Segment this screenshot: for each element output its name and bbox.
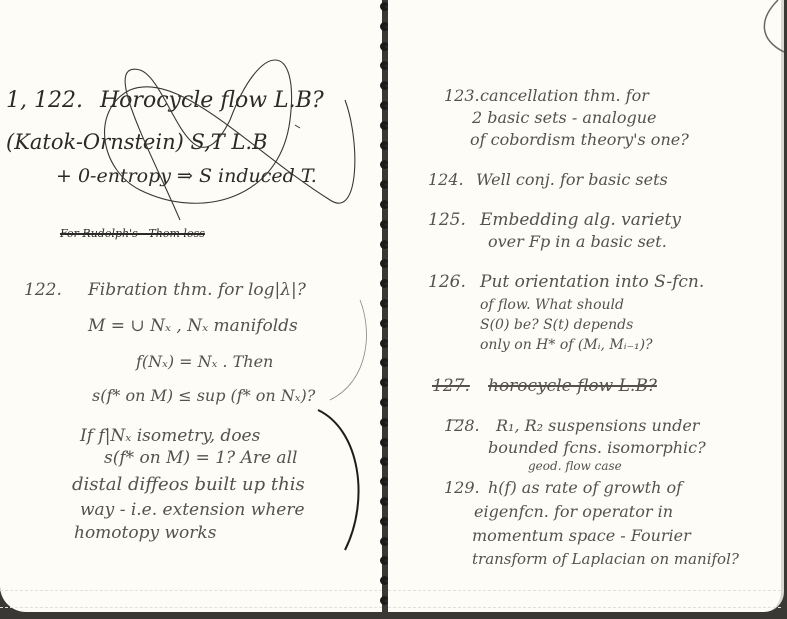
entry-128-number: 128. — [444, 418, 480, 434]
entry-121-line3: + 0-entropy ⇒ S induced T. — [56, 167, 317, 186]
entry-122-line6: s(f* on M) = 1? Are all — [104, 450, 297, 467]
entry-121-number: 1, 122. — [6, 90, 83, 112]
entry-122-number: 122. — [24, 282, 62, 299]
entry-126-line2: of flow. What should — [480, 298, 624, 312]
entry-124-number: 124. — [428, 172, 464, 188]
entry-127-line1: horocycle flow L.B? — [488, 378, 657, 395]
entry-127-number: 127. — [432, 378, 470, 395]
entry-122-line3: f(Nₓ) = Nₓ . Then — [136, 354, 273, 370]
page-ruling — [388, 607, 781, 608]
page-ruling — [388, 590, 781, 591]
entry-129-line3: momentum space - Fourier — [472, 528, 691, 544]
entry-126-line1: Put orientation into S-fcn. — [480, 274, 704, 291]
struck-out-line: For Rudolph's - Thom loss — [60, 228, 205, 239]
entry-129-line1: h(f) as rate of growth of — [488, 480, 682, 496]
page-ruling — [0, 590, 382, 591]
entry-129-line4: transform of Laplacian on manifol? — [472, 552, 739, 567]
entry-128-line2: bounded fcns. isomorphic? — [488, 440, 706, 456]
entry-126-line3: S(0) be? S(t) depends — [480, 318, 633, 332]
entry-122-line7: distal diffeos built up this — [72, 476, 305, 494]
entry-124-line1: Well conj. for basic sets — [476, 172, 668, 188]
entry-121-line2: (Katok-Ornstein) S,T L.B — [6, 132, 268, 153]
entry-129-number: 129. — [444, 480, 480, 496]
entry-123-number: 123. — [444, 88, 480, 104]
entry-122-line8: way - i.e. extension where — [80, 502, 305, 519]
entry-122-line4: s(f* on M) ≤ sup (f* on Nₓ)? — [92, 388, 315, 404]
entry-129-line2: eigenfcn. for operator in — [474, 504, 673, 520]
page-ruling — [0, 607, 382, 608]
entry-122-line1: Fibration thm. for log|λ|? — [88, 282, 306, 299]
entry-125-number: 125. — [428, 212, 466, 229]
entry-122-line9: homotopy works — [74, 525, 216, 542]
entry-126-line4: only on H* of (Mᵢ, Mᵢ₋₁)? — [480, 338, 653, 352]
entry-125-line2: over Fp in a basic set. — [488, 234, 667, 250]
notebook-page-left: 1, 122. Horocycle flow L.B? (Katok-Ornst… — [0, 0, 382, 612]
entry-123-line2: 2 basic sets - analogue — [472, 110, 656, 126]
entry-128-line3: geod. flow case — [528, 460, 622, 472]
entry-122-line2: M = ∪ Nₓ , Nₓ manifolds — [88, 318, 298, 335]
entry-125-line1: Embedding alg. variety — [480, 212, 681, 229]
entry-121-line1: Horocycle flow L.B? — [100, 90, 324, 112]
entry-123-line1: cancellation thm. for — [480, 88, 649, 104]
entry-122-line5: If f|Nₓ isometry, does — [80, 428, 260, 445]
notebook-page-right: 123. cancellation thm. for 2 basic sets … — [388, 0, 784, 612]
entry-123-line3: of cobordism theory's one? — [470, 132, 689, 148]
entry-126-number: 126. — [428, 274, 466, 291]
entry-128-line1: R₁, R₂ suspensions under — [496, 418, 699, 434]
